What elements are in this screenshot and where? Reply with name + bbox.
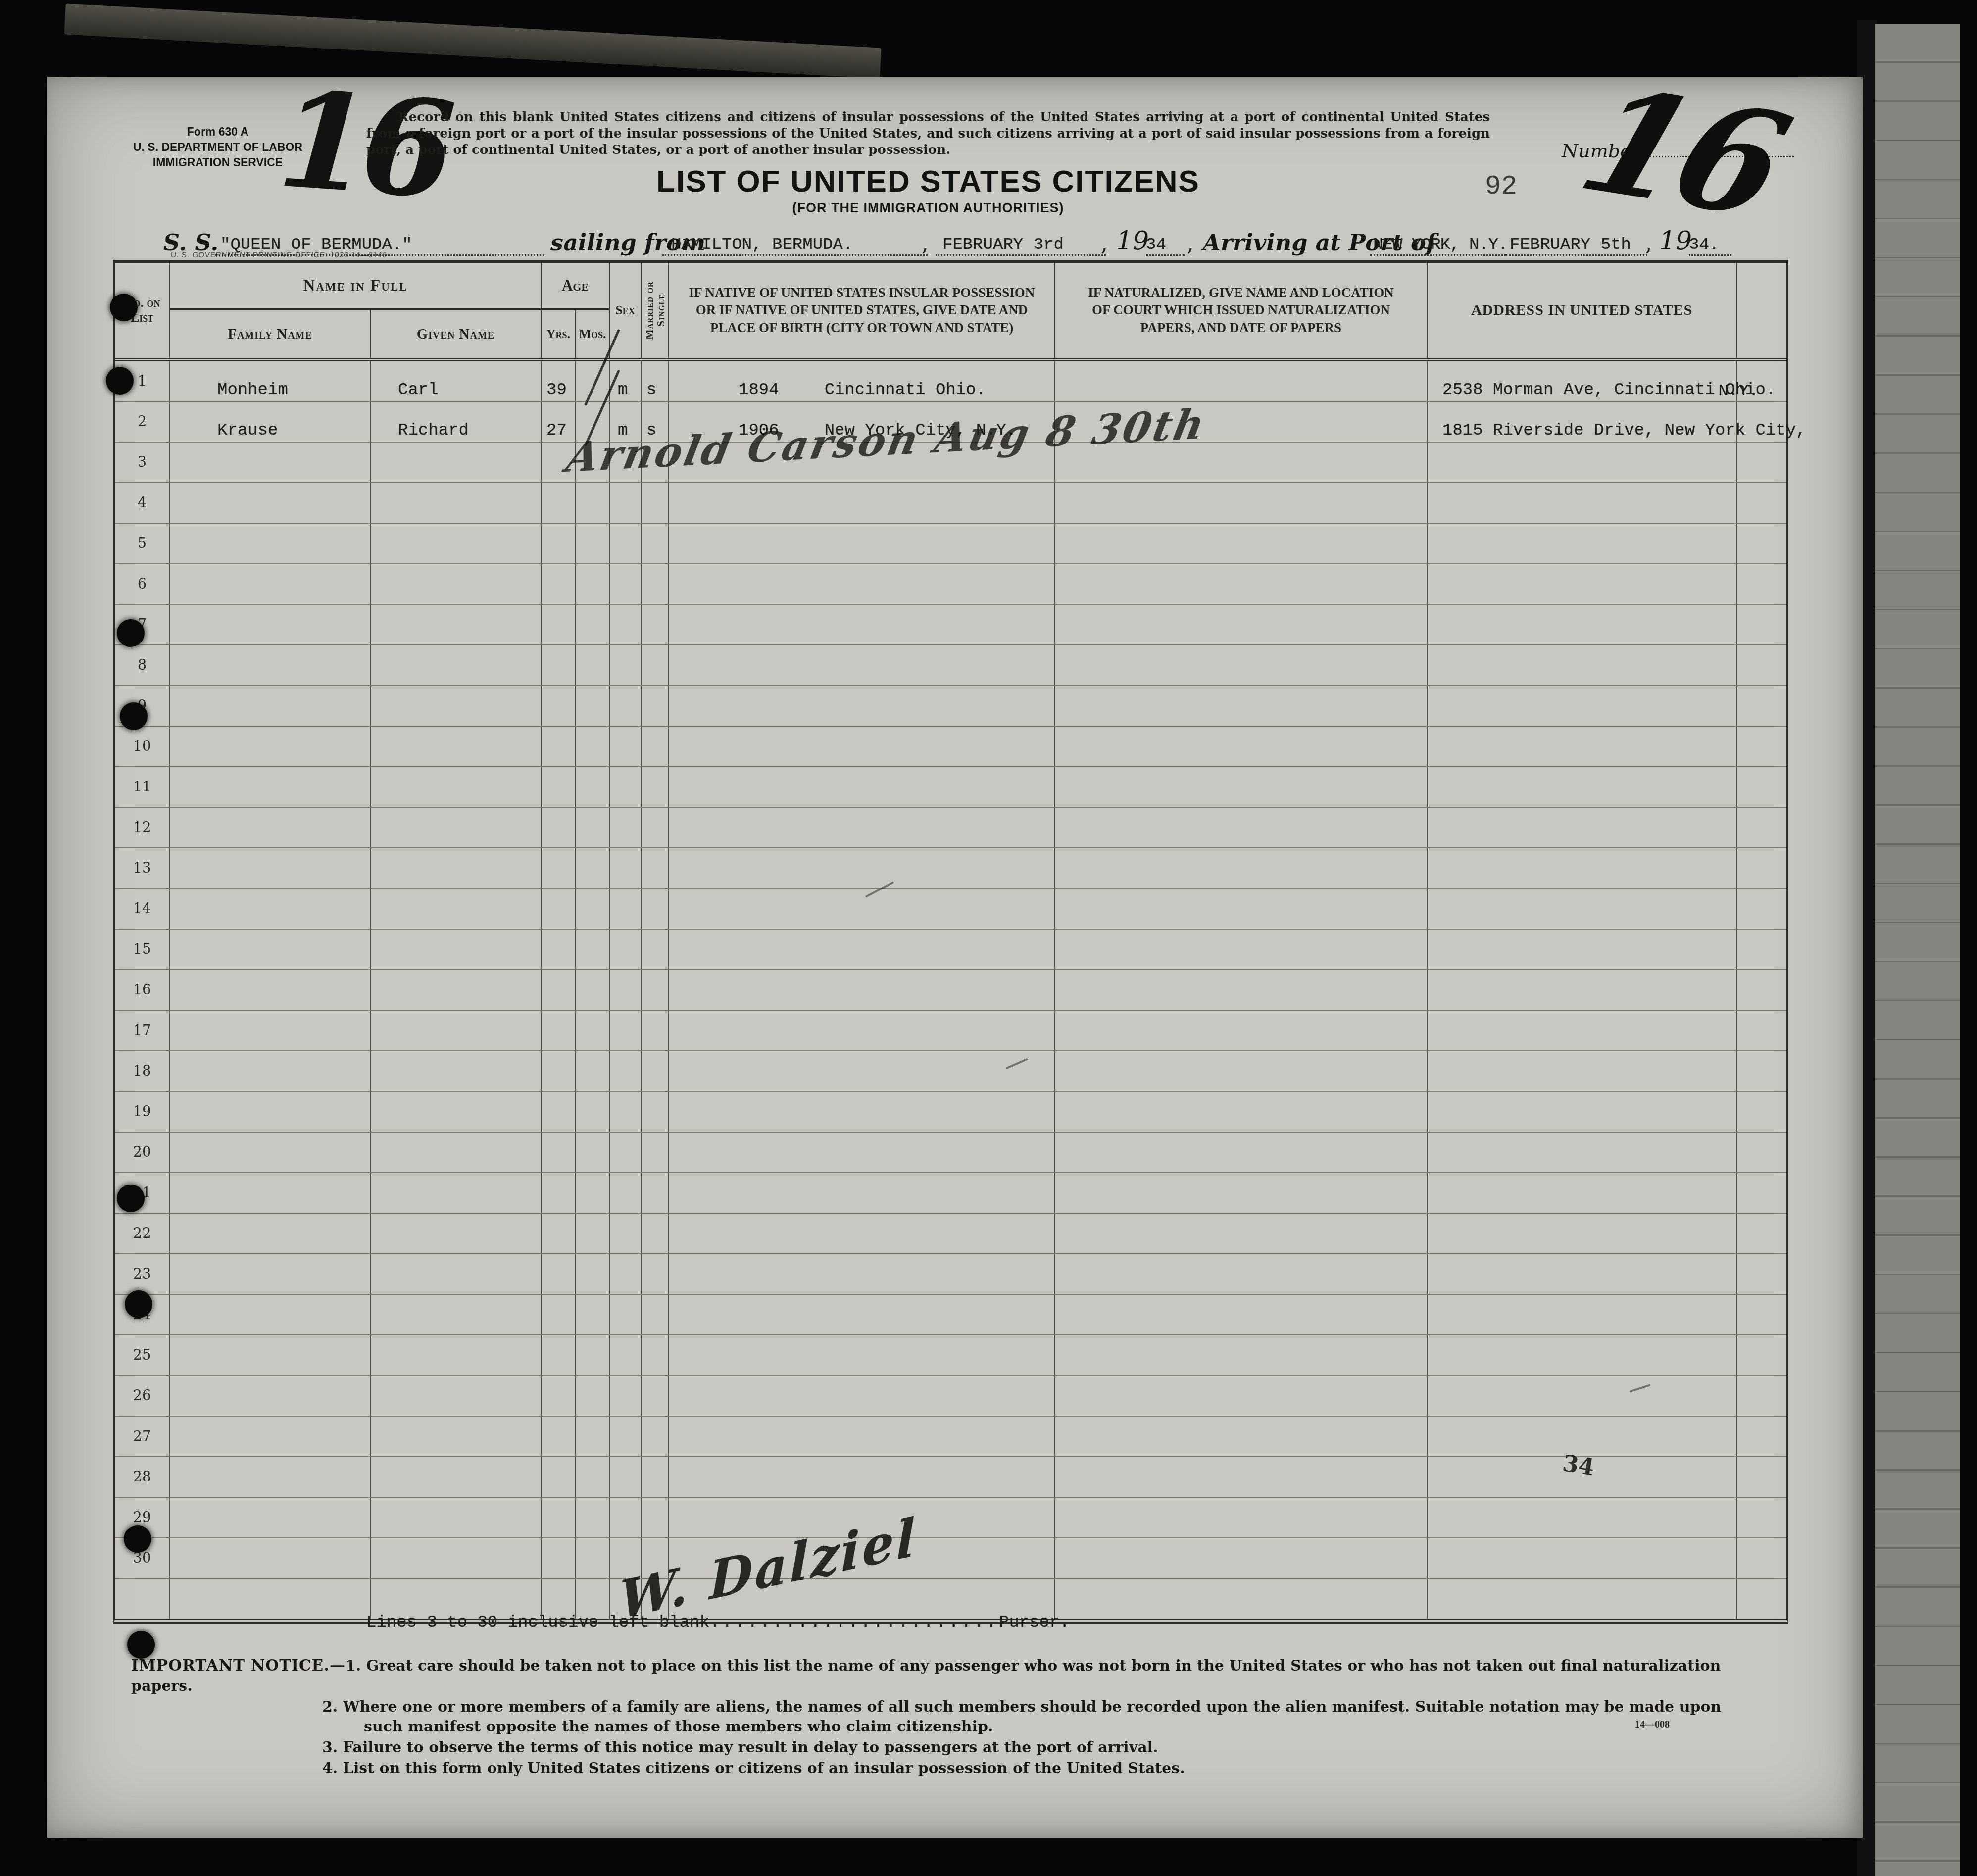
cell-naturalization (1055, 889, 1428, 929)
cell-address: 1815 Riverside Drive, New York City, N.Y… (1428, 402, 1737, 442)
cell-line-number: 12 (115, 808, 170, 847)
cell-married-or-single (642, 483, 669, 523)
cell-age-yrs (542, 564, 576, 604)
cell-age-mos (576, 1092, 610, 1132)
cell-line-number: 22 (115, 1214, 170, 1253)
cell-age-mos (576, 889, 610, 929)
cell-age-yrs (542, 889, 576, 929)
year-printed: 19 (1116, 226, 1149, 256)
cell-naturalization (1055, 1254, 1428, 1294)
cell-birth (669, 1214, 1055, 1253)
cell-address (1428, 808, 1737, 847)
cell-age-mos (576, 1173, 610, 1213)
cell-address (1428, 1133, 1737, 1172)
cell-age-yrs (542, 605, 576, 644)
cell-married-or-single (642, 1254, 669, 1294)
cell-sex (610, 483, 642, 523)
cell-naturalization (1055, 808, 1428, 847)
cell-married-or-single (642, 1051, 669, 1091)
cell-family-name (170, 1214, 371, 1253)
cell-line-number: 2 (115, 402, 170, 442)
cell-family-name (170, 1417, 371, 1456)
cell-age-mos (576, 767, 610, 807)
cell-married-or-single (642, 848, 669, 888)
notice-item-3: 3. Failure to observe the terms of this … (131, 1738, 1730, 1758)
cell-given-name: Richard (371, 402, 542, 442)
cell-married-or-single (642, 1417, 669, 1456)
cell-birth (669, 1011, 1055, 1050)
cell-age-mos (576, 1295, 610, 1334)
cell-given-name (371, 1457, 542, 1497)
arrival-year: 34. (1689, 236, 1731, 256)
table-row: 16 (115, 970, 1786, 1011)
cell-address (1428, 564, 1737, 604)
cell-married-or-single (642, 1295, 669, 1334)
cell-blank (1737, 1011, 1786, 1050)
cell-married-or-single (642, 727, 669, 766)
form-code: 14—008 (1635, 1719, 1670, 1730)
cell-naturalization (1055, 1011, 1428, 1050)
cell-family-name (170, 767, 371, 807)
cell-address (1428, 483, 1737, 523)
table-row: 9 (115, 686, 1786, 727)
cell-line-number: 27 (115, 1417, 170, 1456)
cell-age-mos (576, 808, 610, 847)
stamp-34: 34 (1561, 1449, 1596, 1481)
cell-age-yrs (542, 1011, 576, 1050)
cell-sex (610, 524, 642, 563)
sailing-port: HAMILTON, BERMUDA. (662, 236, 928, 256)
cell-address (1428, 930, 1737, 969)
cell-birth (669, 645, 1055, 685)
cell-address (1428, 727, 1737, 766)
cell-naturalization (1055, 970, 1428, 1010)
cell-age-yrs (542, 727, 576, 766)
cell-sex (610, 889, 642, 929)
handwritten-page-number-right: 16 (1562, 57, 1801, 248)
cell-given-name (371, 686, 542, 726)
cell-line-number: 25 (115, 1335, 170, 1375)
cell-married-or-single (642, 808, 669, 847)
cell-line-number: 17 (115, 1011, 170, 1050)
cell-naturalization (1055, 686, 1428, 726)
cell-blank (1737, 483, 1786, 523)
header-name-in-full: Name in Full (170, 263, 542, 310)
cell-given-name (371, 564, 542, 604)
cell-given-name (371, 1417, 542, 1456)
cell-age-mos (576, 1011, 610, 1050)
cell-birth (669, 970, 1055, 1010)
cell-sex (610, 767, 642, 807)
scanned-manifest-page: Form 630 A U. S. DEPARTMENT OF LABOR IMM… (0, 0, 1977, 1876)
cell-birth: 1894 Cincinnati Ohio. (669, 361, 1055, 401)
cell-blank (1737, 645, 1786, 685)
cell-naturalization (1055, 1417, 1428, 1456)
cell-sex (610, 1417, 642, 1456)
header-given-name: Given Name (371, 310, 542, 358)
cell-address (1428, 443, 1737, 482)
cell-married-or-single (642, 564, 669, 604)
header-married-or-single: Married or Single (642, 263, 669, 358)
cell-given-name (371, 1295, 542, 1334)
address-overflow: N.Y. (1718, 382, 1759, 401)
cell-line-number: 14 (115, 889, 170, 929)
cell-address (1428, 1254, 1737, 1294)
header-address: ADDRESS IN UNITED STATES (1428, 263, 1737, 358)
cell-given-name (371, 889, 542, 929)
cell-family-name (170, 1173, 371, 1213)
cell-age-mos (576, 686, 610, 726)
cell-married-or-single (642, 767, 669, 807)
table-row: 18 (115, 1051, 1786, 1092)
cell-address (1428, 1417, 1737, 1456)
cell-age-yrs (542, 808, 576, 847)
cell-sex (610, 605, 642, 644)
cell-line-number: 3 (115, 443, 170, 482)
cell-birth (669, 1417, 1055, 1456)
voyage-line: S. S. "QUEEN OF BERMUDA." sailing from H… (163, 224, 1747, 256)
cell-address (1428, 1092, 1737, 1132)
cell-naturalization (1055, 605, 1428, 644)
cell-blank (1737, 808, 1786, 847)
cell-given-name (371, 1173, 542, 1213)
cell-given-name (371, 605, 542, 644)
page-subtitle: (FOR THE IMMIGRATION AUTHORITIES) (366, 200, 1490, 216)
cell-given-name (371, 1376, 542, 1416)
cell-given-name (371, 808, 542, 847)
table-row: 8 (115, 645, 1786, 686)
cell-age-yrs (542, 1376, 576, 1416)
cell-family-name (170, 1254, 371, 1294)
cell-age-yrs (542, 1335, 576, 1375)
arrival-port: NEW YORK, N.Y. (1370, 236, 1506, 256)
cell-birth (669, 564, 1055, 604)
cell-birth (669, 1051, 1055, 1091)
cell-family-name (170, 808, 371, 847)
table-row: 27 (115, 1417, 1786, 1457)
cell-sex (610, 564, 642, 604)
cell-given-name (371, 483, 542, 523)
cell-birth (669, 1254, 1055, 1294)
cell-naturalization (1055, 1214, 1428, 1253)
table-row: 22 (115, 1214, 1786, 1254)
cell-blank (1737, 524, 1786, 563)
cell-family-name (170, 1295, 371, 1334)
table-row: 10 (115, 727, 1786, 767)
cell-naturalization (1055, 483, 1428, 523)
cell-age-mos (576, 483, 610, 523)
comma: , (1645, 232, 1652, 256)
cell-naturalization (1055, 645, 1428, 685)
cell-age-mos (576, 1376, 610, 1416)
cell-age-mos (576, 727, 610, 766)
cell-sex (610, 1173, 642, 1213)
cell-married-or-single (642, 1335, 669, 1375)
cell-married-or-single (642, 889, 669, 929)
cell-sex (610, 1051, 642, 1091)
cell-sex (610, 1376, 642, 1416)
cell-married-or-single (642, 1133, 669, 1172)
header-mos: Mos. (576, 310, 610, 358)
cell-sex (610, 1457, 642, 1497)
cell-family-name (170, 1011, 371, 1050)
passenger-table: No. on List Name in Full Family Name Giv… (113, 260, 1788, 1624)
leader-dots: ....................... (710, 1613, 999, 1632)
cell-blank (1737, 1092, 1786, 1132)
table-row: 24 (115, 1295, 1786, 1335)
cell-family-name (170, 1538, 371, 1578)
cell-blank (1737, 970, 1786, 1010)
table-row-extra (115, 1579, 1786, 1619)
cell-age-mos (576, 1214, 610, 1253)
cell-birth (669, 889, 1055, 929)
cell-line-number: 13 (115, 848, 170, 888)
cell-given-name (371, 524, 542, 563)
cell-address (1428, 848, 1737, 888)
table-row: 12 (115, 808, 1786, 848)
cell-sex (610, 930, 642, 969)
cell-naturalization (1055, 727, 1428, 766)
cell-line-number: 19 (115, 1092, 170, 1132)
sailing-year: 34 (1146, 236, 1185, 256)
cell-birth (669, 605, 1055, 644)
cell-sex (610, 1214, 642, 1253)
cell-blank (1737, 1254, 1786, 1294)
cell-age-mos (576, 1133, 610, 1172)
cell-age-yrs (542, 1092, 576, 1132)
cell-birth (669, 1335, 1055, 1375)
cell-given-name (371, 645, 542, 685)
cell-age-mos (576, 970, 610, 1010)
cell-birth (669, 1457, 1055, 1497)
cell-age-yrs (542, 848, 576, 888)
cell-given-name (371, 1538, 542, 1578)
cell-naturalization (1055, 1538, 1428, 1578)
cell-sex (610, 1254, 642, 1294)
cell-sex (610, 970, 642, 1010)
table-row: 17 (115, 1011, 1786, 1051)
hole-punch (106, 367, 134, 395)
stamp-92: 92 (1485, 172, 1517, 202)
table-row: 11 (115, 767, 1786, 808)
table-row: 5 (115, 524, 1786, 564)
cell-birth (669, 483, 1055, 523)
table-row: 21 (115, 1173, 1786, 1214)
cell-address (1428, 645, 1737, 685)
cell-birth (669, 1133, 1055, 1172)
cell-sex (610, 1092, 642, 1132)
cell-birth (669, 1173, 1055, 1213)
table-row: 13 (115, 848, 1786, 889)
cell-family-name (170, 1092, 371, 1132)
cell-age-mos (576, 1335, 610, 1375)
manifest-sheet: Form 630 A U. S. DEPARTMENT OF LABOR IMM… (47, 77, 1863, 1838)
cell-age-mos (576, 605, 610, 644)
cell-naturalization (1055, 564, 1428, 604)
cell-age-yrs (542, 645, 576, 685)
cell-age-yrs (542, 970, 576, 1010)
header-family-name: Family Name (170, 310, 371, 358)
cell-line-number: 28 (115, 1457, 170, 1497)
hole-punch (124, 1525, 151, 1553)
header-yrs: Yrs. (542, 310, 576, 358)
important-notice: IMPORTANT NOTICE.—1. Great care should b… (131, 1655, 1730, 1778)
cell-age-yrs (542, 1498, 576, 1537)
cell-blank (1737, 889, 1786, 929)
cell-age-mos (576, 645, 610, 685)
cell-given-name (371, 443, 542, 482)
cell-address (1428, 1376, 1737, 1416)
underlying-page-edge (1875, 24, 1960, 1876)
cell-married-or-single (642, 524, 669, 563)
cell-family-name (170, 1051, 371, 1091)
cell-age-mos (576, 848, 610, 888)
cell-blank (1737, 930, 1786, 969)
cell-blank (1737, 1051, 1786, 1091)
cell-family-name (170, 443, 371, 482)
cell-line-number: 11 (115, 767, 170, 807)
cell-age-yrs: 39 (542, 361, 576, 401)
cell-given-name (371, 767, 542, 807)
notice-item-2: 2. Where one or more members of a family… (131, 1697, 1730, 1737)
cell-sex (610, 848, 642, 888)
cell-family-name (170, 645, 371, 685)
cell-blank (1737, 1295, 1786, 1334)
cell-given-name (371, 970, 542, 1010)
cell-family-name (170, 605, 371, 644)
table-row: 29 (115, 1498, 1786, 1538)
cell-line-number: 10 (115, 727, 170, 766)
cell-address (1428, 1498, 1737, 1537)
cell-blank (1737, 1376, 1786, 1416)
cell-line-number: 18 (115, 1051, 170, 1091)
table-row: 4 (115, 483, 1786, 524)
cell-age-yrs (542, 1538, 576, 1578)
cell-sex (610, 808, 642, 847)
cell-blank (1737, 1498, 1786, 1537)
cell-married-or-single (642, 1173, 669, 1213)
cell-family-name (170, 1133, 371, 1172)
cell-blank (1737, 1214, 1786, 1253)
hole-punch (125, 1290, 152, 1318)
cell-given-name: Carl (371, 361, 542, 401)
cell-family-name (170, 970, 371, 1010)
cell-naturalization (1055, 1376, 1428, 1416)
cell-age-mos (576, 361, 610, 401)
cell-family-name (170, 1335, 371, 1375)
printing-office-note: U. S. GOVERNMENT PRINTING OFFICE: 1933 1… (170, 251, 387, 259)
hole-punch (117, 619, 145, 647)
cell-blank (1737, 1457, 1786, 1497)
cell-naturalization (1055, 767, 1428, 807)
cell-family-name (170, 564, 371, 604)
table-row: 7 (115, 605, 1786, 645)
cell-sex (610, 645, 642, 685)
cell-married-or-single (642, 1498, 669, 1537)
book-spine-edge (64, 3, 882, 78)
cell-married-or-single (642, 970, 669, 1010)
cell-naturalization (1055, 1295, 1428, 1334)
cell-birth (669, 808, 1055, 847)
cell-given-name (371, 1133, 542, 1172)
cell-address (1428, 524, 1737, 563)
cell-naturalization (1055, 1498, 1428, 1537)
cell-age-yrs (542, 767, 576, 807)
cell-sex (610, 1498, 642, 1537)
cell-blank (1737, 767, 1786, 807)
cell-age-yrs (542, 1457, 576, 1497)
cell-blank (1737, 564, 1786, 604)
cell-married-or-single (642, 930, 669, 969)
cell-birth (669, 524, 1055, 563)
header-age: Age (542, 263, 610, 310)
table-row: 28 (115, 1457, 1786, 1498)
cell-line-number: 5 (115, 524, 170, 563)
cell-address (1428, 1538, 1737, 1578)
cell-blank (1737, 443, 1786, 482)
cell-naturalization (1055, 1092, 1428, 1132)
cell-birth (669, 1376, 1055, 1416)
cell-family-name (170, 1376, 371, 1416)
cell-age-mos (576, 930, 610, 969)
comma: , (1187, 232, 1193, 256)
header-sex: Sex (610, 263, 642, 358)
cell-blank (1737, 605, 1786, 644)
cell-naturalization (1055, 361, 1428, 401)
page-title: LIST OF UNITED STATES CITIZENS (366, 164, 1490, 199)
cell-age-mos (576, 1417, 610, 1456)
cell-blank (1737, 686, 1786, 726)
year-printed: 19 (1659, 226, 1692, 256)
cell-married-or-single (642, 1457, 669, 1497)
table-row: 19 (115, 1092, 1786, 1133)
notice-label: IMPORTANT NOTICE.— (131, 1657, 346, 1675)
cell-family-name (170, 930, 371, 969)
cell-age-mos (576, 564, 610, 604)
cell-married-or-single (642, 645, 669, 685)
cell-married-or-single (642, 1011, 669, 1050)
cell-naturalization (1055, 930, 1428, 969)
form-instructions: Record on this blank United States citiz… (366, 109, 1490, 158)
cell-address (1428, 1173, 1737, 1213)
table-header: No. on List Name in Full Family Name Giv… (115, 263, 1786, 361)
cell-line-number: 8 (115, 645, 170, 685)
cell-age-mos (576, 1538, 610, 1578)
cell-age-yrs (542, 686, 576, 726)
cell-line-number: 23 (115, 1254, 170, 1294)
header-birth: IF NATIVE OF UNITED STATES INSULAR POSSE… (669, 263, 1055, 358)
cell-family-name: Monheim (170, 361, 371, 401)
table-row: 15 (115, 930, 1786, 970)
cell-married-or-single (642, 686, 669, 726)
cell-sex (610, 1011, 642, 1050)
comma: , (1101, 232, 1107, 256)
table-row: 23 (115, 1254, 1786, 1295)
cell-line-number: 16 (115, 970, 170, 1010)
arrival-date: FEBRUARY 5th (1506, 236, 1647, 256)
hole-punch (110, 294, 138, 321)
table-row: 1 Monheim Carl 39 m s 1894 Cincinnati Oh… (115, 361, 1786, 402)
cell-address (1428, 767, 1737, 807)
cell-married-or-single: s (642, 361, 669, 401)
cell-family-name (170, 1457, 371, 1497)
cell-line-number: 6 (115, 564, 170, 604)
cell-blank (1737, 1173, 1786, 1213)
hole-punch (117, 1185, 145, 1212)
cell-birth (669, 686, 1055, 726)
cell-naturalization (1055, 524, 1428, 563)
cell-age-mos (576, 524, 610, 563)
